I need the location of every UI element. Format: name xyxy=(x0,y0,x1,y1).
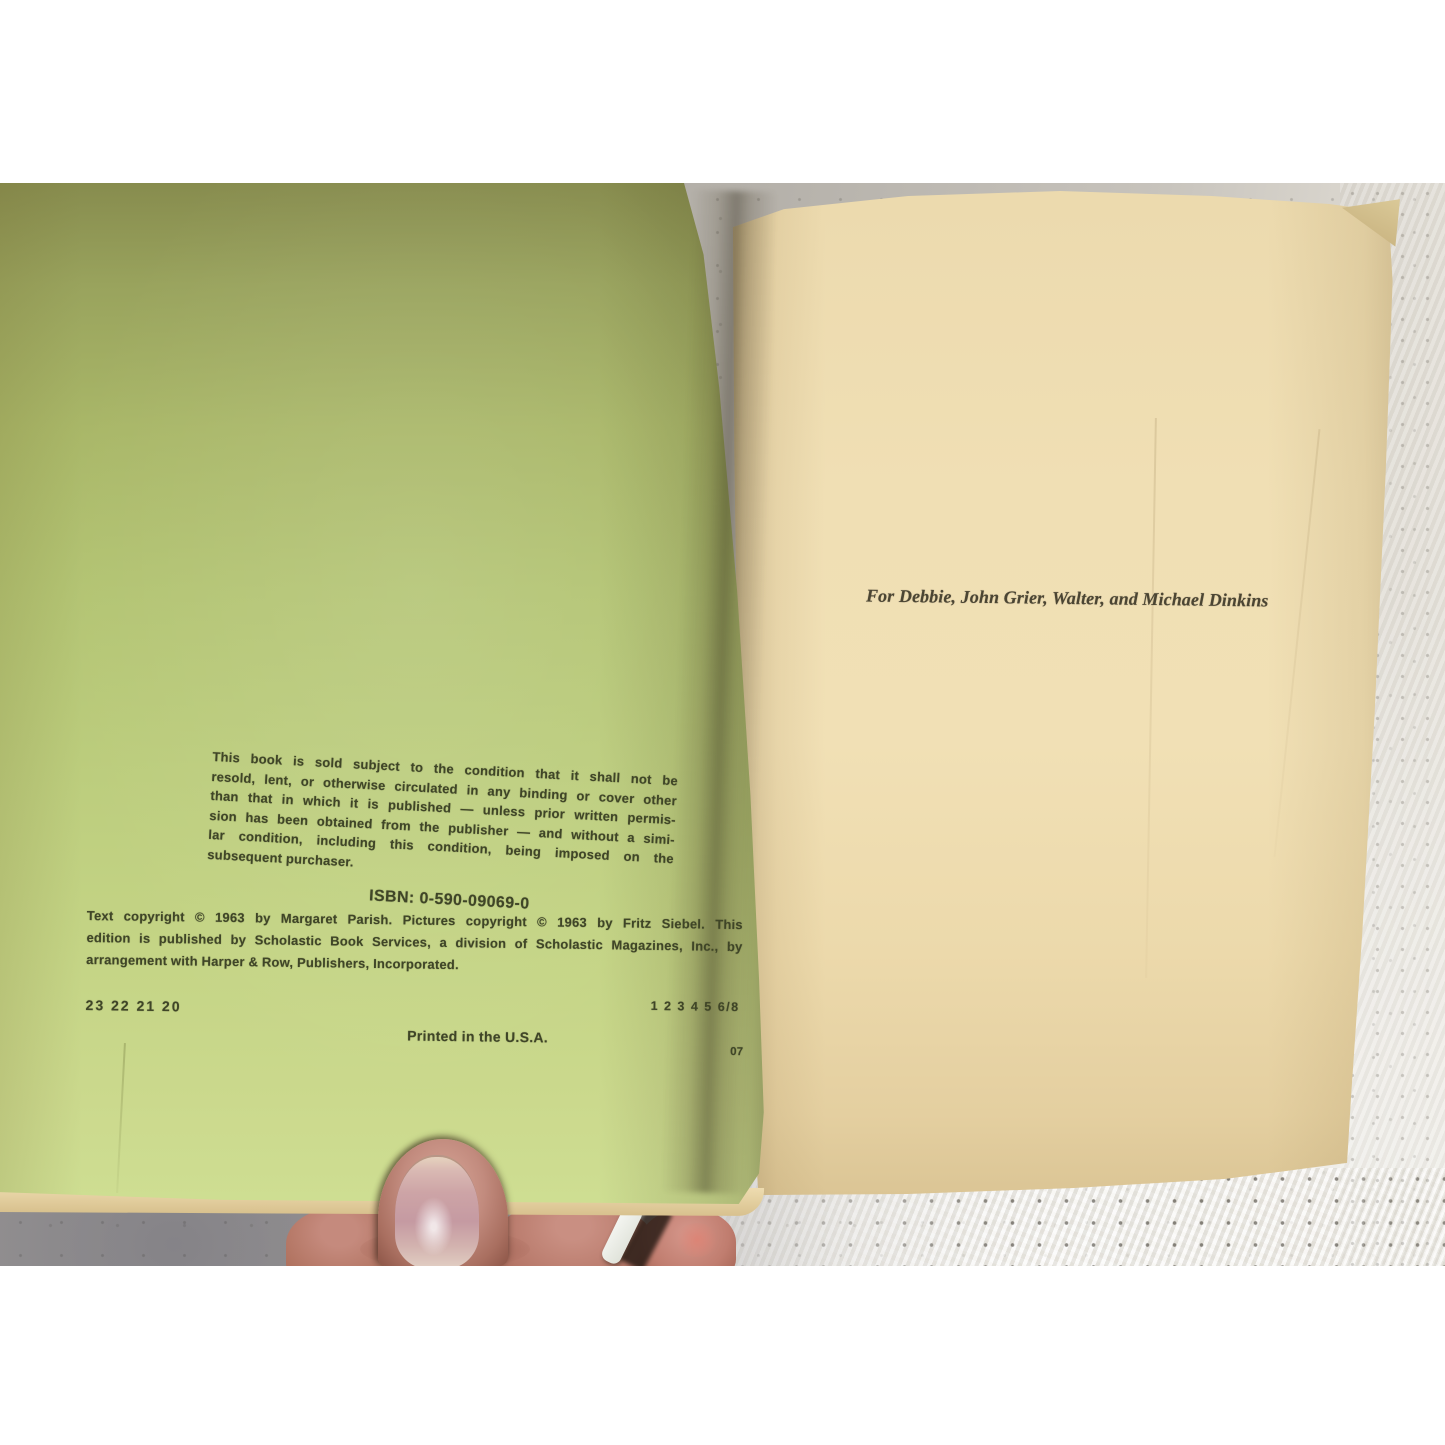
thumb-nail xyxy=(395,1155,479,1266)
copyright-block: Text copyright © 1963 by Margaret Parish… xyxy=(85,905,755,1074)
letterbox-bottom xyxy=(0,1266,1445,1445)
right-page-dedication xyxy=(715,191,1405,1195)
printed-in-usa: Printed in the U.S.A. xyxy=(407,1027,548,1045)
printing-code: 1 2 3 4 5 6/8 xyxy=(651,999,740,1014)
print-run-numbers: 23 22 21 20 xyxy=(85,997,181,1014)
knuckle-highlight xyxy=(676,1223,718,1257)
book-photo-scene: For Debbie, John Grier, Walter, and Mich… xyxy=(0,0,1445,1445)
photo-open-book: For Debbie, John Grier, Walter, and Mich… xyxy=(0,183,1445,1266)
letterbox-top xyxy=(0,0,1445,183)
condition-notice: This book is sold subject to the conditi… xyxy=(205,747,678,922)
plant-code: 07 xyxy=(730,1046,743,1058)
